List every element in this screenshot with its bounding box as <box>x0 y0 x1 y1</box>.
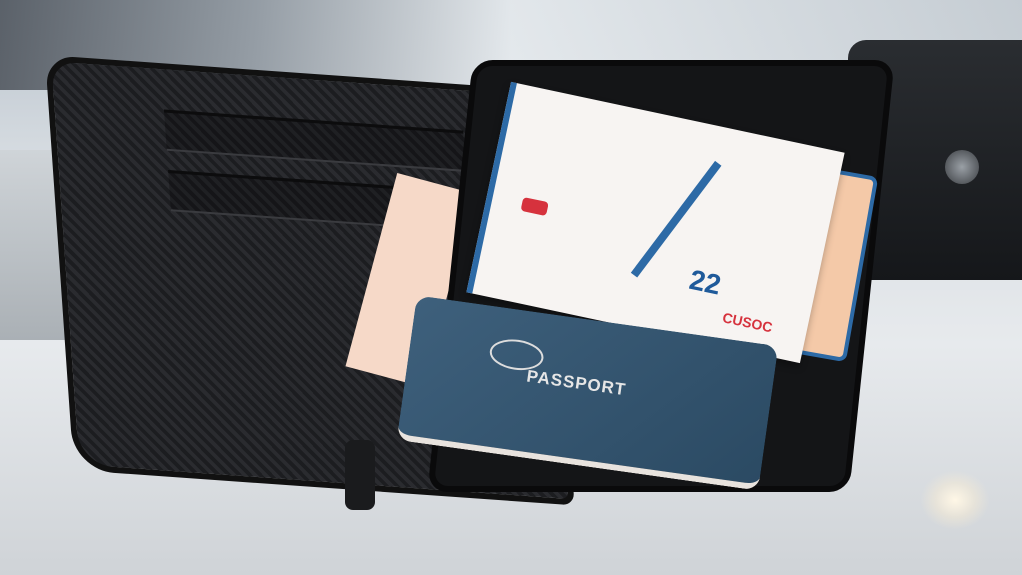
card-slot <box>164 110 466 172</box>
boarding-pass-badge <box>521 197 549 216</box>
passport-title: PASSPORT <box>525 366 627 400</box>
zipper-pull <box>345 440 375 510</box>
boarding-pass-stripe <box>631 161 722 278</box>
suitcase-lock <box>945 150 979 184</box>
boarding-pass-number: 22 <box>687 264 724 302</box>
boarding-pass-red-text: CUSOC <box>721 309 774 335</box>
light-reflection <box>920 470 990 530</box>
